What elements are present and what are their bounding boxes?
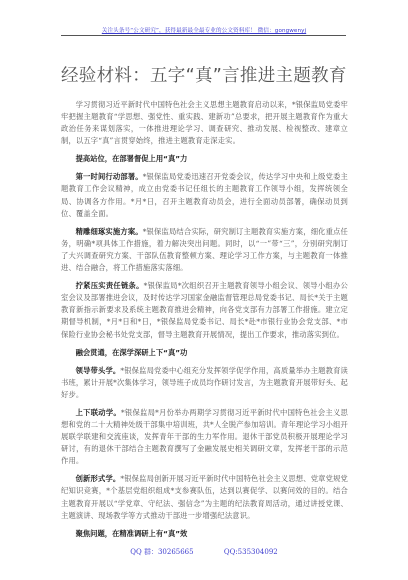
section-heading: 聚焦问题，在精准调研上有“真”效 — [61, 528, 348, 540]
paragraph: 精雕细琢实施方案。*银保监局结合实际，研究制订主题教育实施方案，细化重点任务，明… — [61, 226, 348, 274]
document-body: 学习贯彻习近平新时代中国特色社会主义思想主题教育启动以来，*银保监局党委牢牢把握… — [61, 99, 348, 546]
paragraph-lead: 创新形式学。 — [76, 474, 121, 483]
paragraph: 第一时间行动部署。*银保监局党委迅速召开党委会议，传达学习中央和上级党委主题教育… — [61, 171, 348, 219]
paragraph-lead: 拧紧压实责任链条。 — [76, 281, 144, 290]
footer-qq: QQ:535304092 — [224, 548, 278, 556]
intro-paragraph: 学习贯彻习近平新时代中国特色社会主义思想主题教育启动以来，*银保监局党委牢牢把握… — [61, 99, 348, 147]
paragraph: 领导带头学。*银保监局党委中心组充分发挥领学促学作用，高质量举办主题教育读书班，… — [61, 365, 348, 401]
paragraph-lead: 第一时间行动部署。 — [76, 172, 143, 181]
section-heading: 提高站位，在部署督促上用“真”力 — [61, 153, 348, 165]
paragraph-lead: 领导带头学。 — [76, 366, 121, 375]
header-banner[interactable]: 关注头条号“公文研究”，获得最新最全最专业的公文资料库！ 微信：gongweny… — [0, 26, 408, 34]
document-title: 经验材料：五字“真”言推进主题教育 — [61, 62, 347, 87]
paragraph-lead: 上下联动学。 — [76, 408, 121, 417]
header-divider — [61, 35, 346, 36]
paragraph: 上下联动学。*银保监局*月份举办两期学习贯彻习近平新时代中国特色社会主义思想和党… — [61, 407, 348, 467]
footer-qq-group: QQ 群：30265665 — [130, 548, 193, 556]
paragraph: 创新形式学。*银保监局创新开展习近平新时代中国特色社会主义思想、党章党规党纪知识… — [61, 473, 348, 521]
footer: QQ 群：30265665 QQ:535304092 — [0, 547, 408, 557]
paragraph-lead: 精雕细琢实施方案。 — [76, 227, 143, 236]
paragraph: 拧紧压实责任链条。*银保监局*次组织召开主题教育领导小组会议、领导小组办公室会议… — [61, 280, 348, 340]
section-heading: 融会贯通，在深学深研上下“真”功 — [61, 347, 348, 359]
